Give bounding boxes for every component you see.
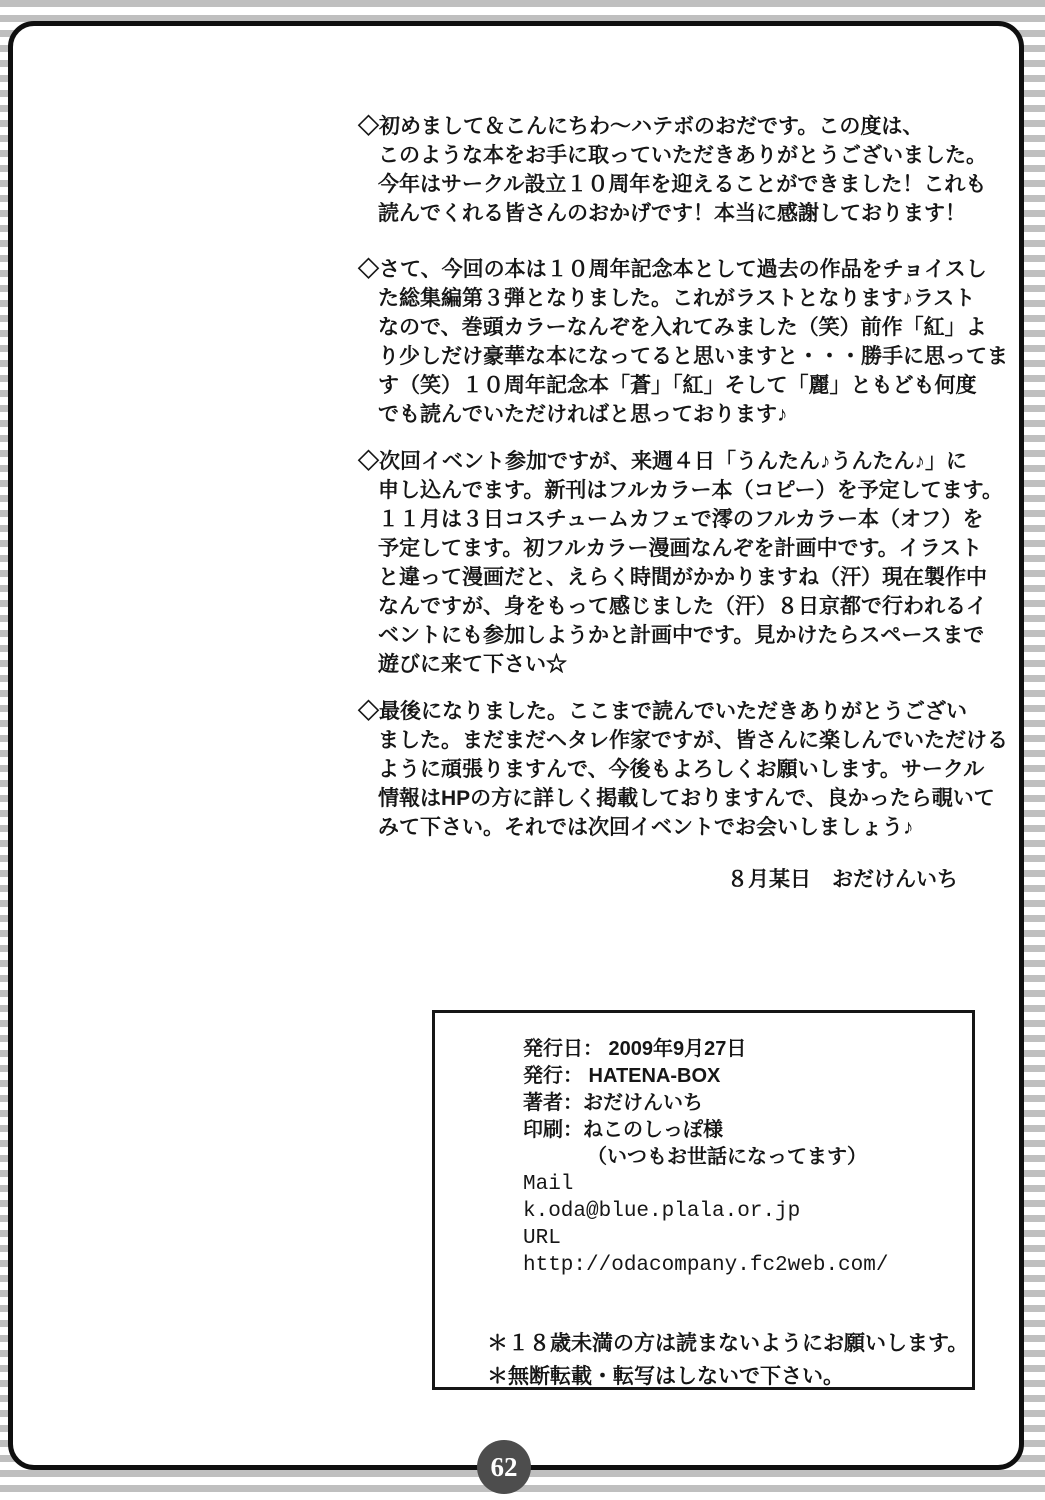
printer-note: （いつもお世話になってます） [523,1144,888,1171]
afterword-line: 今年はサークル設立１０周年を迎えることができました！これも [358,170,998,199]
afterword-line: ◇最後になりました。ここまで読んでいただきありがとうござい [358,697,998,726]
afterword-paragraph-2: ◇さて、今回の本は１０周年記念本として過去の作品をチョイスし た総集編第３弾とな… [358,255,998,429]
mail-label: Mail [523,1171,888,1198]
age-warning: ＊１８歳未満の方は読まないようにお願いします。 [487,1327,968,1360]
colophon-box: 発行日： 2009年9月27日 発行： HATENA-BOX 著者：おだけんいち… [432,1010,975,1390]
author: 著者：おだけんいち [523,1090,888,1117]
printer: 印刷：ねこのしっぽ様 [523,1117,888,1144]
afterword-line: ベントにも参加しようかと計画中です。見かけたらスペースまで [358,621,998,650]
afterword-line: 情報はHPの方に詳しく掲載しておりますんで、良かったら覗いて [358,784,998,813]
publication-date: 発行日： 2009年9月27日 [523,1036,888,1063]
afterword-line: １１月は３日コスチュームカフェで澪のフルカラー本（オフ）を [358,505,998,534]
afterword-paragraph-1: ◇初めまして＆こんにちわ～ハテボのおだです。この度は、 このような本をお手に取っ… [358,112,998,228]
afterword-line: 予定してます。初フルカラー漫画なんぞを計画中です。イラスト [358,534,998,563]
afterword-line: 遊びに来て下さい☆ [358,650,998,679]
publisher: 発行： HATENA-BOX [523,1063,888,1090]
afterword-line: なので、巻頭カラーなんぞを入れてみました（笑）前作「紅」よ [358,313,998,342]
reprint-warning: ＊無断転載・転写はしないで下さい。 [487,1360,968,1393]
mail-address: k.oda@blue.plala.or.jp [523,1198,888,1225]
scanned-doujinshi-page: { "colors":{ "stripe":"#bfbfbf", "paper"… [0,0,1045,1500]
afterword-line: 申し込んでます。新刊はフルカラー本（コピー）を予定してます。 [358,476,998,505]
afterword-line: なんですが、身をもって感じました（汗）８日京都で行われるイ [358,592,998,621]
afterword-line: このような本をお手に取っていただきありがとうございました。 [358,141,998,170]
afterword-line: り少しだけ豪華な本になってると思いますと・・・勝手に思ってま [358,342,998,371]
afterword-line: ように頑張りますんで、今後もよろしくお願いします。サークル [358,755,998,784]
colophon-info: 発行日： 2009年9月27日 発行： HATENA-BOX 著者：おだけんいち… [523,1036,888,1279]
afterword-line: ◇初めまして＆こんにちわ～ハテボのおだです。この度は、 [358,112,998,141]
afterword-line: す（笑）１０周年記念本「蒼」「紅」そして「麗」ともども何度 [358,371,998,400]
afterword-line: 読んでくれる皆さんのおかげです！本当に感謝しております！ [358,199,998,228]
afterword-line: た総集編第３弾となりました。これがラストとなります♪ラスト [358,284,998,313]
afterword-paragraph-3: ◇次回イベント参加ですが、来週４日「うんたん♪うんたん♪」に 申し込んでます。新… [358,447,998,679]
colophon-warnings: ＊１８歳未満の方は読まないようにお願いします。 ＊無断転載・転写はしないで下さい… [487,1327,968,1393]
author-signature: ８月某日 おだけんいち [358,863,958,893]
page-number-badge: 62 [477,1440,531,1494]
afterword-line: ました。まだまだヘタレ作家ですが、皆さんに楽しんでいただける [358,726,998,755]
afterword-line: みて下さい。それでは次回イベントでお会いしましょう♪ [358,813,998,842]
url-label: URL [523,1225,888,1252]
afterword-line: ◇さて、今回の本は１０周年記念本として過去の作品をチョイスし [358,255,998,284]
afterword-line: と違って漫画だと、えらく時間がかかりますね（汗）現在製作中 [358,563,998,592]
afterword-line: でも読んでいただければと思っております♪ [358,400,998,429]
afterword-line: ◇次回イベント参加ですが、来週４日「うんたん♪うんたん♪」に [358,447,998,476]
url-address: http://odacompany.fc2web.com/ [523,1252,888,1279]
afterword-paragraph-4: ◇最後になりました。ここまで読んでいただきありがとうござい ました。まだまだヘタ… [358,697,998,842]
